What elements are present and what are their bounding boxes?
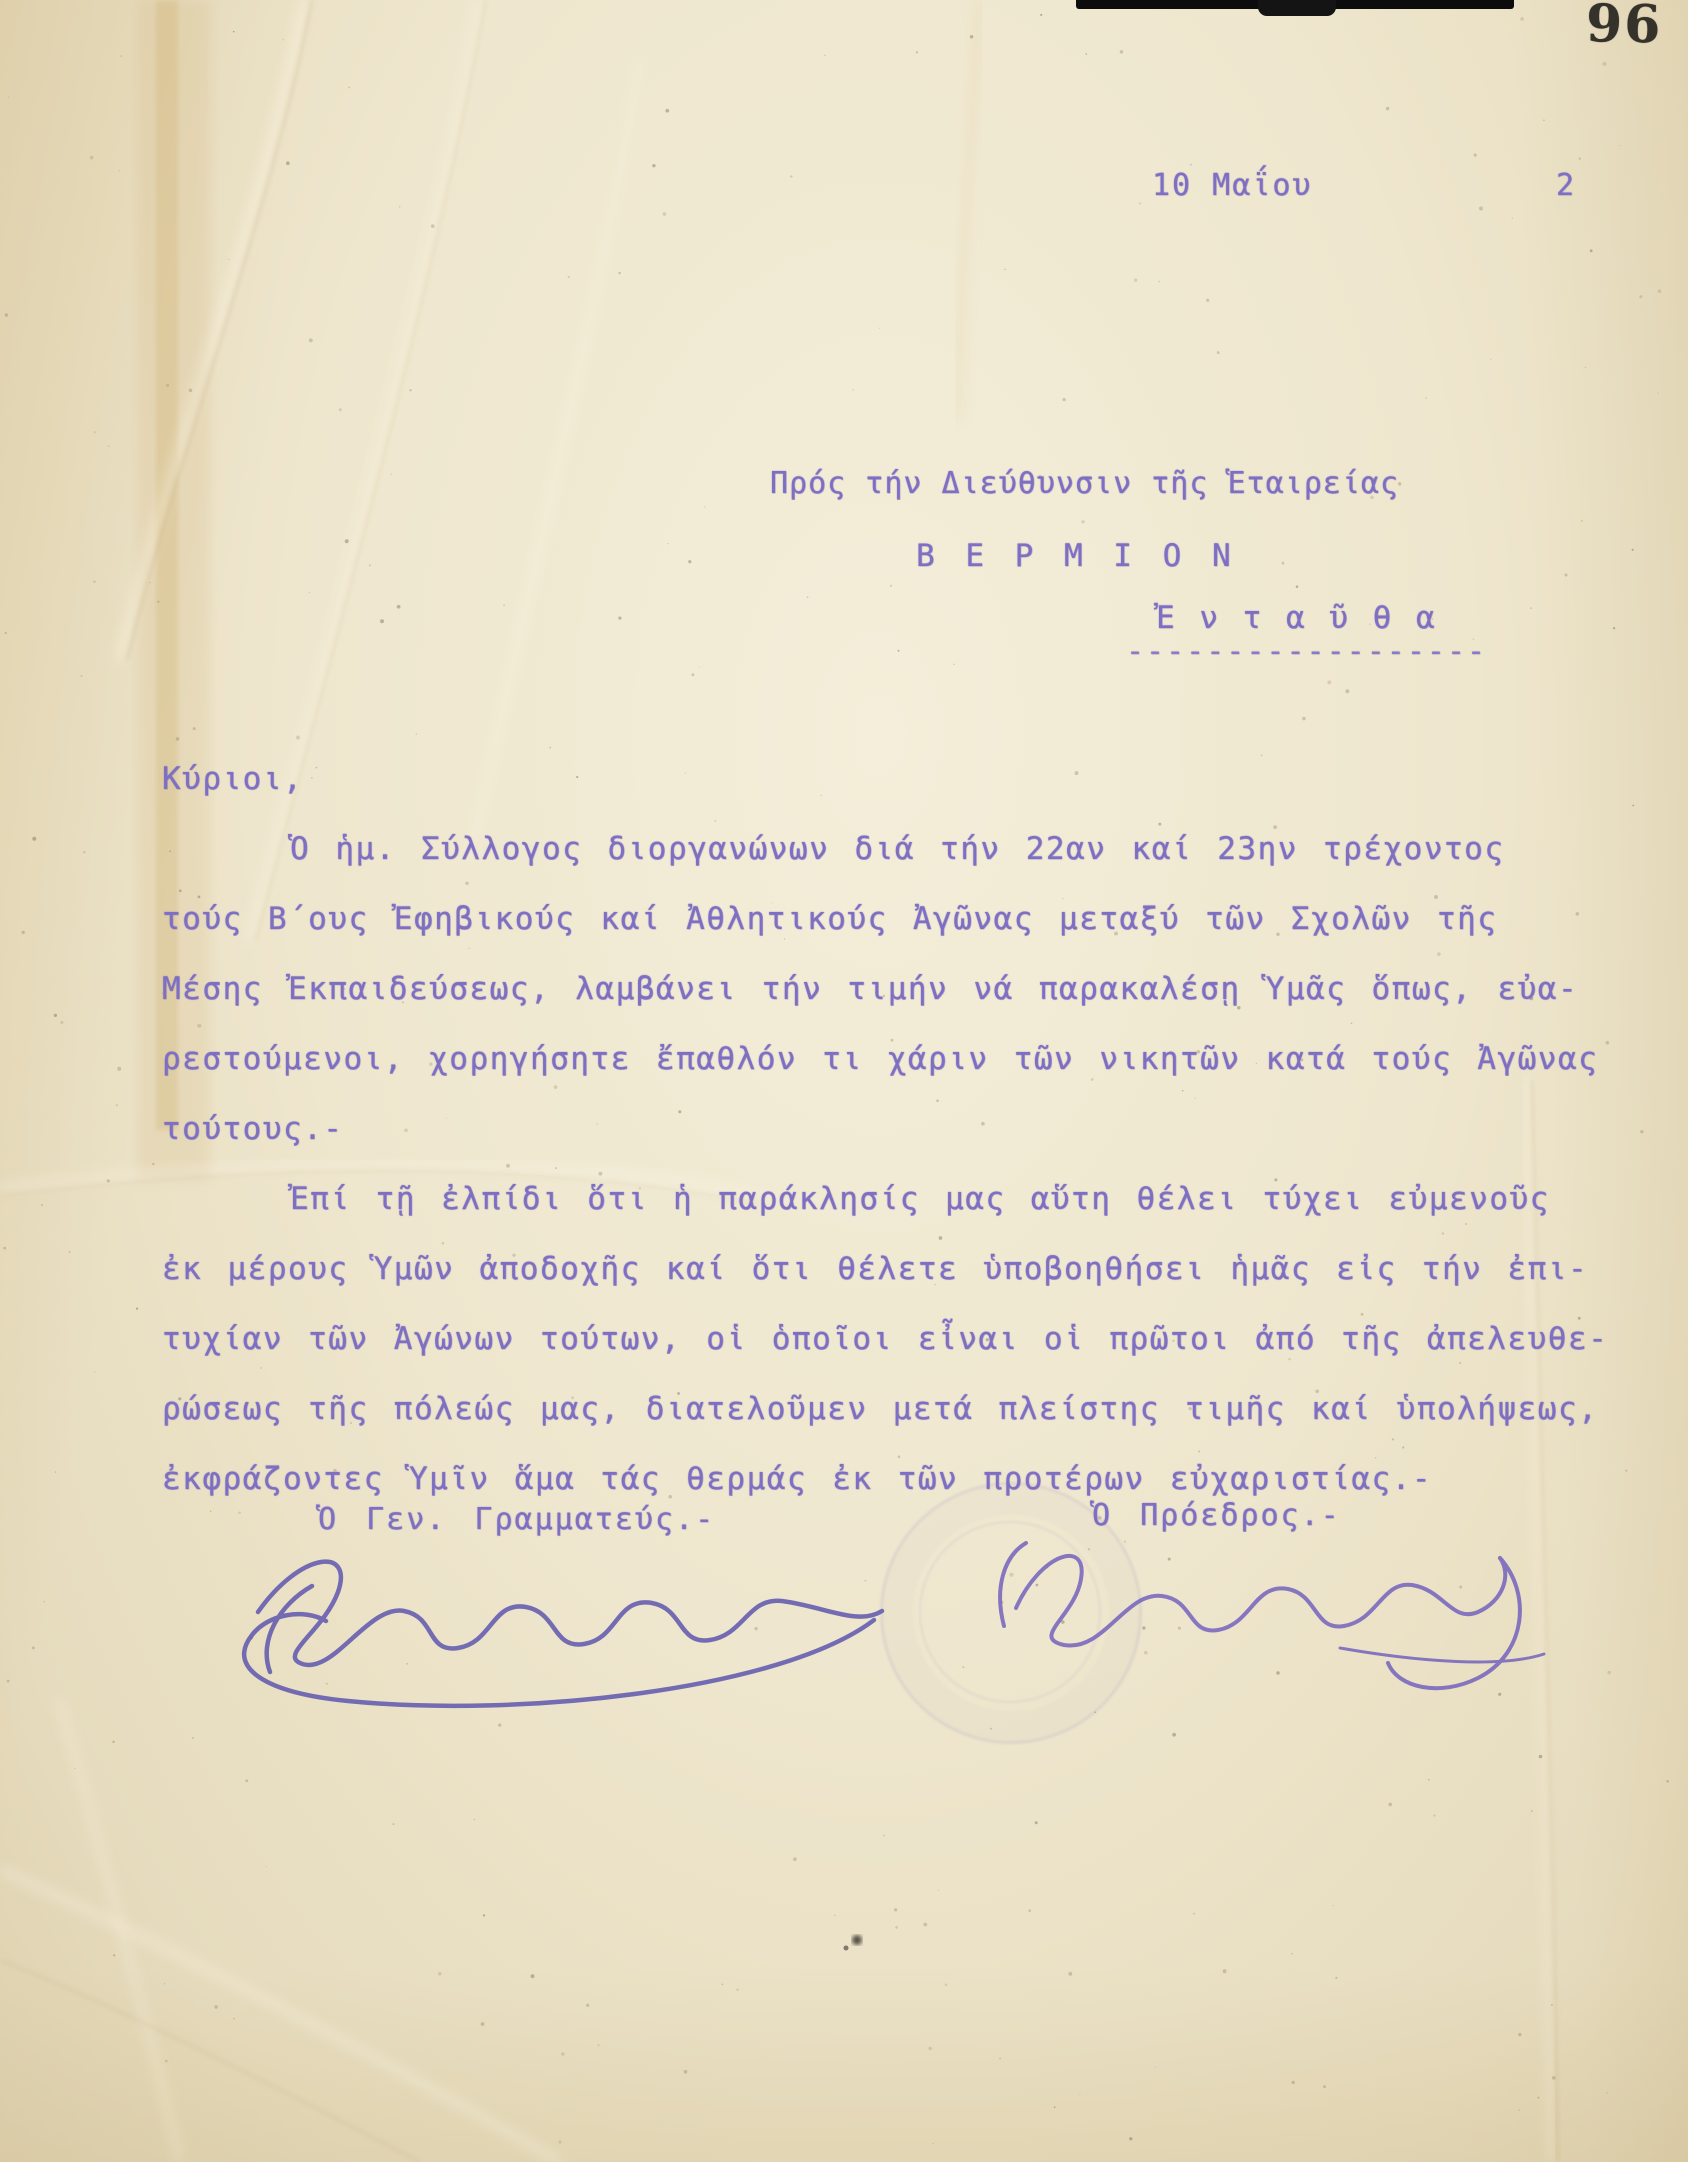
recipient-address-line: Πρός τήν Διεύθυνσιν τῆς Ἑταιρείας (770, 466, 1399, 501)
recipient-locality: Ἐ ν τ α ῦ θ α (1156, 600, 1438, 636)
body-line: ρώσεως τῆς πόλεώς μας, διατελοῦμεν μετά … (162, 1374, 1562, 1444)
letter-body: Κύριοι, Ὁ ἡμ. Σύλλογος διοργανώνων διά τ… (162, 744, 1562, 1514)
round-stamp-impression (880, 1482, 1142, 1744)
recipient-company-name: Β Ε Ρ Μ Ι Ο Ν (916, 538, 1237, 574)
body-line: Ὁ ἡμ. Σύλλογος διοργανώνων διά τήν 22αν … (162, 814, 1562, 884)
body-line: τούς Β΄ους Ἐφηβικούς καί Ἀθλητικούς Ἀγῶν… (162, 884, 1562, 954)
scanned-letter-page: 96 10 Μαΐου 2 Πρός τήν Διεύθυνσιν τῆς Ἑτ… (0, 0, 1688, 2162)
body-line: τούτους.- (162, 1094, 1562, 1164)
secretary-title: Ὁ Γεν. Γραμματεύς.- (318, 1502, 715, 1537)
body-line: Ἐπί τῇ ἐλπίδι ὅτι ἡ παράκλησίς μας αὕτη … (162, 1164, 1562, 1234)
body-line: τυχίαν τῶν Ἀγώνων τούτων, οἱ ὁποῖοι εἶνα… (162, 1304, 1562, 1374)
dashed-underline: ------------------ (1126, 634, 1487, 669)
body-line: ἐκ μέρους Ὑμῶν ἀποδοχῆς καί ὅτι θέλετε ὑ… (162, 1234, 1562, 1304)
page-number: 96 (1585, 0, 1686, 56)
salutation: Κύριοι, (162, 744, 1562, 814)
scan-edge-blob (1258, 0, 1336, 16)
body-line: ρεστούμενοι, χορηγήσητε ἔπαθλόν τι χάριν… (162, 1024, 1562, 1094)
year-fragment: 2 (1556, 168, 1576, 203)
date-text: 10 Μαΐου (1152, 168, 1313, 203)
president-title: Ὁ Πρόεδρος.- (1092, 1498, 1341, 1533)
date-line: 10 Μαΐου 2 (1152, 168, 1313, 203)
secretary-signature (244, 1562, 882, 1706)
round-stamp-inner-ring (919, 1521, 1101, 1703)
body-line: Μέσης Ἐκπαιδεύσεως, λαμβάνει τήν τιμήν ν… (162, 954, 1562, 1024)
